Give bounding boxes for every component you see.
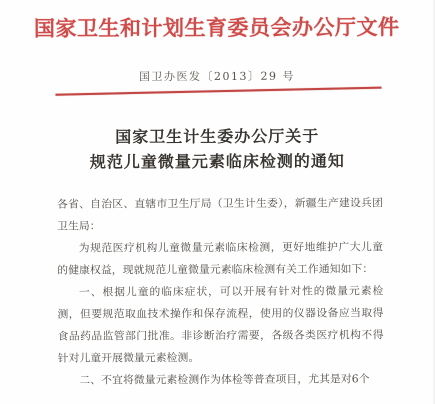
- document-scan-content: 国家卫生和计划生育委员会办公厅文件 国卫办医发〔2013〕29 号 国家卫生计生…: [0, 0, 435, 404]
- notice-body: 各省、自治区、直辖市卫生厅局（卫生计生委），新疆生产建设兵团卫生局： 为规范医疗…: [57, 192, 384, 391]
- notice-title-line2: 规范儿童微量元素临床检测的通知: [0, 148, 435, 175]
- agency-header-banner: 国家卫生和计划生育委员会办公厅文件: [0, 11, 434, 43]
- red-divider-line: [56, 87, 382, 96]
- notice-title-line1: 国家卫生计生委办公厅关于: [0, 123, 435, 150]
- paragraph-item1: 一、根据儿童的临床症状，可以开展有针对性的微量元素检测，但要规范取血技术操作和保…: [57, 280, 383, 369]
- notice-title: 国家卫生计生委办公厅关于 规范儿童微量元素临床检测的通知: [0, 123, 435, 175]
- paragraph-item2: 二、不宜将微量元素检测作为体检等普查项目，尤其是对6个: [58, 368, 384, 391]
- paragraph-intro: 为规范医疗机构儿童微量元素临床检测，更好地维护广大儿童的健康权益，现就规范儿童微…: [57, 236, 383, 281]
- document-reference-number: 国卫办医发〔2013〕29 号: [0, 67, 434, 85]
- paragraph-salutation: 各省、自治区、直辖市卫生厅局（卫生计生委），新疆生产建设兵团卫生局：: [57, 192, 383, 237]
- scanned-document-page: 国家卫生和计划生育委员会办公厅文件 国卫办医发〔2013〕29 号 国家卫生计生…: [0, 0, 435, 404]
